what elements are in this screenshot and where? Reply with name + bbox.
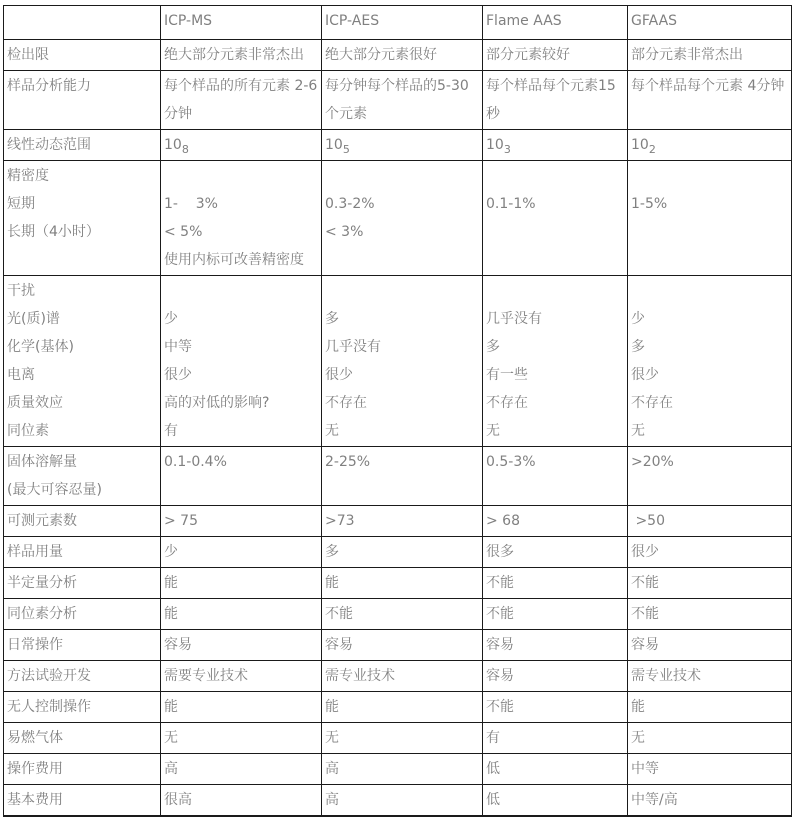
cell-line [631,162,789,190]
table-row: 半定量分析能能不能不能 [4,568,792,599]
cell: 很高 [161,785,322,817]
cell-line: 容易 [486,662,625,690]
cell-line: 2-25% [325,448,480,476]
cell-line: 很少 [631,361,789,389]
table-row: 日常操作容易容易容易容易 [4,630,792,661]
cell-line: 中等 [164,333,319,361]
cell-line: >50 [631,507,789,535]
cell-line: 长期（4小时） [7,218,158,246]
cell: 高 [161,754,322,785]
row-label: 线性动态范围 [4,130,161,161]
cell: 几乎没有多有一些不存在无 [483,276,628,447]
cell: 不能 [483,599,628,630]
cell: 能 [161,599,322,630]
cell-line: 固体溶解量 [7,448,158,476]
cell-line: 很少 [164,361,319,389]
cell: 无 [322,723,483,754]
cell: 容易 [161,630,322,661]
cell: 不能 [483,568,628,599]
cell-line: 很多 [486,538,625,566]
value-subscript: 5 [343,143,350,156]
table-row: 样品分析能力每个样品的所有元素 2-6分钟每分钟每个样品的5-30个元素每个样品… [4,71,792,130]
cell-line: 0.3-2% [325,190,480,218]
cell: > 75 [161,506,322,537]
value-subscript: 3 [504,143,511,156]
table-row: 无人控制操作能能不能能 [4,692,792,723]
cell: 绝大部分元素非常杰出 [161,40,322,71]
cell-line: 不能 [631,600,789,628]
column-header-icp-ms: ICP-MS [161,6,322,40]
column-header-blank [4,6,161,40]
cell: 不能 [322,599,483,630]
table-row: 线性动态范围108105103102 [4,130,792,161]
row-label: 样品分析能力 [4,71,161,130]
cell: 1- 3%< 5%使用内标可改善精密度 [161,161,322,276]
cell-line: < 3% [325,218,480,246]
cell: 容易 [483,630,628,661]
cell-line: 不能 [486,569,625,597]
cell: 部分元素较好 [483,40,628,71]
table-row: 易燃气体无无有无 [4,723,792,754]
cell: 需要专业技术 [161,661,322,692]
cell-line: 同位素分析 [7,600,158,628]
cell: 少 [161,537,322,568]
row-label: 固体溶解量(最大可容忍量) [4,447,161,506]
cell: 高 [322,785,483,817]
cell-line: 需专业技术 [631,662,789,690]
cell: 每个样品每个元素 4分钟 [628,71,792,130]
cell-line: 能 [325,569,480,597]
cell-line: 103 [486,131,625,159]
cell-line: 少 [164,538,319,566]
cell-line: 很少 [325,361,480,389]
cell-line: 半定量分析 [7,569,158,597]
value-base: 10 [486,137,504,153]
cell: 每个样品每个元素15秒 [483,71,628,130]
cell-line [631,277,789,305]
row-label: 无人控制操作 [4,692,161,723]
cell: 每分钟每个样品的5-30个元素 [322,71,483,130]
cell-line: 不能 [631,569,789,597]
cell-line: 多 [325,305,480,333]
cell-line: 能 [164,693,319,721]
cell-line: 短期 [7,190,158,218]
row-label: 可测元素数 [4,506,161,537]
cell-line: 105 [325,131,480,159]
cell-line [164,162,319,190]
cell-line: 不存在 [486,389,625,417]
value-base: 10 [164,137,182,153]
cell: 能 [322,692,483,723]
header-row: ICP-MSICP-AESFlame AASGFAAS [4,6,792,40]
cell-line: 108 [164,131,319,159]
table-body: 检出限绝大部分元素非常杰出绝大部分元素很好部分元素较好部分元素非常杰出样品分析能… [4,40,792,817]
cell-line: >73 [325,507,480,535]
cell-line: 多 [325,538,480,566]
cell: 很少 [628,537,792,568]
cell-line: 不能 [486,693,625,721]
cell-line: 能 [164,569,319,597]
cell: 绝大部分元素很好 [322,40,483,71]
row-label: 操作费用 [4,754,161,785]
cell-line [325,277,480,305]
cell-line: 化学(基体) [7,333,158,361]
cell: 容易 [322,630,483,661]
cell-line: < 5% [164,218,319,246]
value-subscript: 8 [182,143,189,156]
cell-line: 每个样品的所有元素 2-6分钟 [164,72,319,128]
cell: 高 [322,754,483,785]
cell-line: 需要专业技术 [164,662,319,690]
cell-line: 无 [486,417,625,445]
cell-line: 部分元素非常杰出 [631,41,789,69]
cell-line: > 68 [486,507,625,535]
cell: 0.1-1% [483,161,628,276]
cell-line: 能 [631,693,789,721]
cell: >50 [628,506,792,537]
cell-line: 有一些 [486,361,625,389]
cell-line: 无 [164,724,319,752]
column-header-flame-aas: Flame AAS [483,6,628,40]
cell: 0.5-3% [483,447,628,506]
row-label: 样品用量 [4,537,161,568]
cell: >20% [628,447,792,506]
cell-line: 每分钟每个样品的5-30个元素 [325,72,480,128]
cell: 低 [483,785,628,817]
cell-line [486,277,625,305]
row-label: 检出限 [4,40,161,71]
cell: 有 [483,723,628,754]
cell: >73 [322,506,483,537]
cell-line: 有 [164,417,319,445]
cell-line: 电离 [7,361,158,389]
cell-line: 不存在 [631,389,789,417]
row-label: 干扰光(质)谱化学(基体)电离质量效应同位素 [4,276,161,447]
row-label: 半定量分析 [4,568,161,599]
cell-line: (最大可容忍量) [7,476,158,504]
table-row: 可测元素数> 75>73> 68 >50 [4,506,792,537]
cell: 能 [628,692,792,723]
cell-line: 样品用量 [7,538,158,566]
cell-line: > 75 [164,507,319,535]
table-row: 同位素分析能不能不能不能 [4,599,792,630]
cell-line: 精密度 [7,162,158,190]
page: ICP-MSICP-AESFlame AASGFAAS 检出限绝大部分元素非常杰… [0,0,799,795]
cell: 2-25% [322,447,483,506]
cell-line: 无人控制操作 [7,693,158,721]
row-label: 基本费用 [4,785,161,817]
cell: 1-5% [628,161,792,276]
cell-line: 容易 [164,631,319,659]
value-base: 10 [631,137,649,153]
cell: 103 [483,130,628,161]
cell-line: 有 [486,724,625,752]
cell-line: 少 [631,305,789,333]
cell-line: 102 [631,131,789,159]
cell-line: 无 [325,417,480,445]
cell-line: 高 [164,755,319,783]
cell: 部分元素非常杰出 [628,40,792,71]
cell: 容易 [483,661,628,692]
cell-line: 很高 [164,786,319,814]
table-row: 精密度短期长期（4小时） 1- 3%< 5%使用内标可改善精密度 0.3-2%<… [4,161,792,276]
cell-line: 无 [631,417,789,445]
cell-line: 光(质)谱 [7,305,158,333]
cell-line: 每个样品每个元素 4分钟 [631,72,789,100]
cell-line: 绝大部分元素非常杰出 [164,41,319,69]
cell: 0.1-0.4% [161,447,322,506]
cell-line: 很少 [631,538,789,566]
cell: 多 [322,537,483,568]
cell-line: 容易 [631,631,789,659]
cell-line: 样品分析能力 [7,72,158,100]
cell-line: 无 [325,724,480,752]
table-row: 操作费用高高低中等 [4,754,792,785]
cell-line: 每个样品每个元素15秒 [486,72,625,128]
cell: 102 [628,130,792,161]
cell: 需专业技术 [628,661,792,692]
cell-line: 无 [631,724,789,752]
cell: 不能 [628,599,792,630]
cell-line: 使用内标可改善精密度 [164,246,319,274]
cell-line: 需专业技术 [325,662,480,690]
table-row: 样品用量少多很多很少 [4,537,792,568]
cell-line: 日常操作 [7,631,158,659]
column-header-gfaas: GFAAS [628,6,792,40]
cell: 能 [322,568,483,599]
cell-line: 几乎没有 [486,305,625,333]
cell: 不能 [628,568,792,599]
cell: 0.3-2%< 3% [322,161,483,276]
cell: > 68 [483,506,628,537]
cell-line: 1- 3% [164,190,319,218]
cell-line: 不能 [486,600,625,628]
cell-line: 低 [486,755,625,783]
cell-line: 线性动态范围 [7,131,158,159]
cell-line: 检出限 [7,41,158,69]
cell: 无 [161,723,322,754]
cell: 少中等很少高的对低的影响?有 [161,276,322,447]
cell-line: 低 [486,786,625,814]
cell: 每个样品的所有元素 2-6分钟 [161,71,322,130]
cell-line: 不存在 [325,389,480,417]
cell: 容易 [628,630,792,661]
cell-line: 0.5-3% [486,448,625,476]
cell-line: 容易 [325,631,480,659]
comparison-table: ICP-MSICP-AESFlame AASGFAAS 检出限绝大部分元素非常杰… [3,5,792,817]
cell-line: 0.1-0.4% [164,448,319,476]
cell-line: 操作费用 [7,755,158,783]
cell: 中等/高 [628,785,792,817]
cell: 多几乎没有很少不存在无 [322,276,483,447]
row-label: 同位素分析 [4,599,161,630]
table-header: ICP-MSICP-AESFlame AASGFAAS [4,6,792,40]
cell-line: 质量效应 [7,389,158,417]
cell-line [486,162,625,190]
column-header-icp-aes: ICP-AES [322,6,483,40]
cell: 105 [322,130,483,161]
cell: 108 [161,130,322,161]
cell-line: 高的对低的影响? [164,389,319,417]
row-label: 易燃气体 [4,723,161,754]
cell-line: 能 [164,600,319,628]
cell-line: 方法试验开发 [7,662,158,690]
cell-line: 易燃气体 [7,724,158,752]
row-label: 日常操作 [4,630,161,661]
cell: 少多很少不存在无 [628,276,792,447]
cell-line: 多 [486,333,625,361]
row-label: 方法试验开发 [4,661,161,692]
cell-line: 几乎没有 [325,333,480,361]
table-row: 干扰光(质)谱化学(基体)电离质量效应同位素 少中等很少高的对低的影响?有 多几… [4,276,792,447]
table-row: 检出限绝大部分元素非常杰出绝大部分元素很好部分元素较好部分元素非常杰出 [4,40,792,71]
cell: 能 [161,692,322,723]
cell-line: 不能 [325,600,480,628]
cell-line: 绝大部分元素很好 [325,41,480,69]
table-row: 方法试验开发需要专业技术需专业技术容易需专业技术 [4,661,792,692]
cell-line: 多 [631,333,789,361]
cell-line [164,277,319,305]
cell-line: 部分元素较好 [486,41,625,69]
cell: 中等 [628,754,792,785]
cell-line: 高 [325,755,480,783]
cell: 需专业技术 [322,661,483,692]
cell-line: 少 [164,305,319,333]
cell-line: 能 [325,693,480,721]
cell-line: 中等/高 [631,786,789,814]
row-label: 精密度短期长期（4小时） [4,161,161,276]
cell-line: 可测元素数 [7,507,158,535]
value-base: 10 [325,137,343,153]
cell-line: 中等 [631,755,789,783]
cell-line: 1-5% [631,190,789,218]
cell-line: 高 [325,786,480,814]
cell-line: 基本费用 [7,786,158,814]
cell: 很多 [483,537,628,568]
cell: 无 [628,723,792,754]
value-subscript: 2 [649,143,656,156]
cell-line: 干扰 [7,277,158,305]
cell: 能 [161,568,322,599]
cell-line: 0.1-1% [486,190,625,218]
table-row: 固体溶解量(最大可容忍量)0.1-0.4%2-25%0.5-3%>20% [4,447,792,506]
cell-line [325,162,480,190]
cell-line: 容易 [486,631,625,659]
cell-line: 同位素 [7,417,158,445]
table-row: 基本费用很高高低中等/高 [4,785,792,817]
cell: 不能 [483,692,628,723]
cell: 低 [483,754,628,785]
cell-line: >20% [631,448,789,476]
